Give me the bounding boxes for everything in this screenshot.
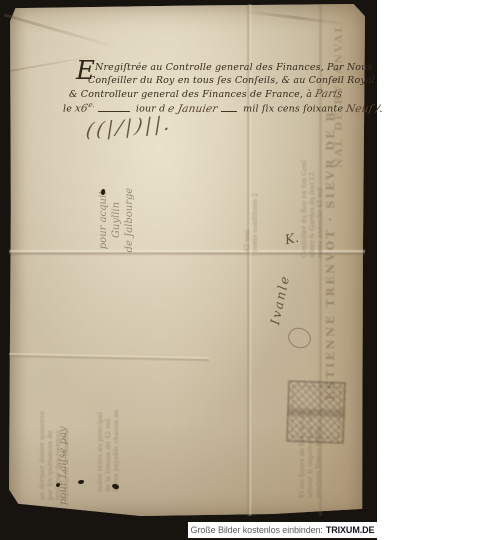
- handwritten-day: x6e.: [74, 101, 96, 115]
- registration-line-3: & Controlleur general des Finances de Fr…: [69, 88, 343, 100]
- faint-bottom-note: pour Laiſsé pay: [58, 393, 69, 505]
- handwritten-year: Neuf: [345, 103, 374, 115]
- registration-line-2: Conſeiller du Roy en tous ſes Conſeils, …: [88, 75, 378, 86]
- auction-photo: E Nregiſtrée au Controlle general des Fi…: [0, 0, 377, 540]
- watermark-label: Große Bilder kostenlos einbinden:: [191, 525, 323, 535]
- handwritten-slash: /.: [375, 103, 384, 115]
- note-line-1: pour acquit: [97, 170, 110, 270]
- registration-line-3-printed: & Controlleur general des Finances de Fr…: [69, 89, 312, 100]
- handwritten-city: Paris: [314, 88, 343, 100]
- printed-mil: mil ſix cens ſoixante: [243, 104, 343, 115]
- fill-rule: [98, 104, 130, 112]
- screenshot-root: E Nregiſtrée au Controlle general des Fi…: [0, 0, 504, 540]
- registration-line-4: le x6e. iour d e Januier mil ſix cens ſo…: [63, 101, 383, 115]
- trixum-watermark-bar: Große Bilder kostenlos einbinden: TRIXUM…: [188, 522, 377, 538]
- registration-line-1: Nregiſtrée au Controlle general des Fina…: [95, 62, 372, 73]
- handwritten-initial: K.: [284, 231, 301, 249]
- rotated-signature-note: pour acquit Guyllin de Jalbourge: [97, 170, 193, 270]
- note-line-3: de Jalbourge: [123, 170, 136, 270]
- handwritten-month: e Januier: [167, 103, 219, 115]
- faded-square-stamp: [286, 380, 346, 444]
- fill-rule-2: [221, 104, 237, 112]
- note-line-2: Guyllin: [110, 170, 123, 270]
- watermark-brand: TRIXUM.DE: [326, 525, 375, 535]
- printed-le: le: [63, 104, 72, 115]
